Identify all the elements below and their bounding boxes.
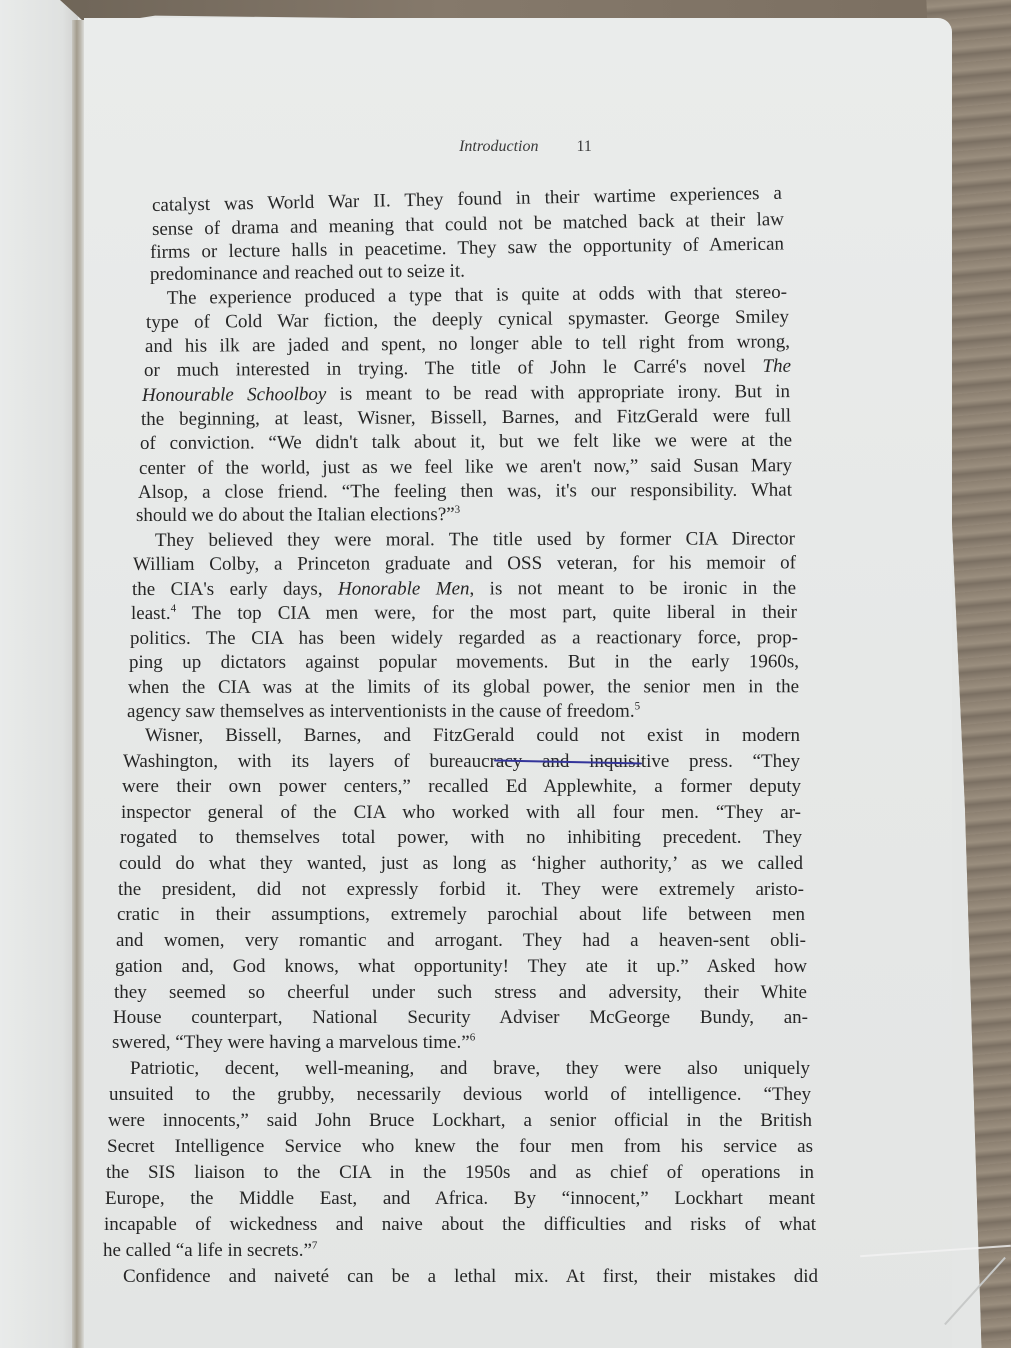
text-line: Alsop, a close friend. “The feeling then… — [138, 481, 792, 502]
text-line: gation and, God knows, what opportunity!… — [115, 957, 807, 976]
text-line: could do what they wanted, just as long … — [119, 854, 803, 873]
footnote-ref[interactable]: 6 — [470, 1032, 476, 1044]
text-line: Secret Intelligence Service who knew the… — [107, 1137, 813, 1156]
italic-title: Honourable Schoolboy — [142, 384, 326, 406]
text-line: he called “a life in secrets.”7 — [103, 1241, 817, 1260]
text-line: or much interested in trying. The title … — [144, 357, 791, 380]
footnote-ref[interactable]: 4 — [171, 603, 177, 615]
text-line: politics. The CIA has been widely regard… — [130, 628, 798, 648]
text-line: the beginning, at least, Wisner, Bissell… — [141, 406, 791, 429]
left-page-margin — [0, 0, 78, 1348]
book-gutter-edge — [72, 20, 84, 1348]
text-line: type of Cold War fiction, the deeply cyn… — [146, 308, 789, 332]
running-head: Introduction 11 — [0, 138, 1011, 156]
text-line: Washington, with its layers of bureaucra… — [123, 752, 800, 771]
text-line: Honourable Schoolboy is meant to be read… — [142, 382, 790, 405]
text-line: were innocents,” said John Bruce Lockhar… — [108, 1111, 812, 1130]
text-line: cratic in their assumptions, extremely p… — [117, 905, 805, 924]
text-line: least.4 The top CIA men were, for the mo… — [131, 603, 797, 623]
text-line: the SIS liaison to the CIA in the 1950s … — [106, 1163, 814, 1182]
text-line: of conviction. “We didn't talk about it,… — [140, 431, 792, 453]
text-line: should we do about the Italian elections… — [136, 504, 792, 525]
text-line: rogated to themselves total power, with … — [120, 828, 802, 847]
text-line: agency saw themselves as interventionist… — [127, 702, 799, 721]
footnote-ref[interactable]: 5 — [635, 700, 641, 712]
text-line: They believed they were moral. The title… — [135, 529, 795, 550]
footnote-ref[interactable]: 3 — [455, 504, 461, 516]
text-line: Patriotic, decent, well-meaning, and bra… — [110, 1059, 810, 1078]
text-line: they seemed so cheerful under such stres… — [114, 983, 807, 1002]
text-line: when the CIA was at the limits of its gl… — [128, 677, 799, 697]
text-line: the president, did not expressly forbid … — [118, 880, 804, 899]
text-line: Wisner, Bissell, Barnes, and FitzGerald … — [125, 726, 800, 745]
text-line: House counterpart, National Security Adv… — [113, 1008, 808, 1027]
text-line: Europe, the Middle East, and Africa. By … — [105, 1189, 815, 1208]
text-line: unsuited to the grubby, necessarily devi… — [109, 1085, 811, 1104]
text-line: Confidence and naiveté can be a lethal m… — [103, 1267, 818, 1286]
text-line: were their own power centers,” recalled … — [122, 777, 801, 796]
italic-title: Honorable Men — [338, 578, 470, 599]
text-line: and women, very romantic and arrogant. T… — [116, 931, 806, 950]
text-line: swered, “They were having a marvelous ti… — [112, 1033, 809, 1052]
page-number: 11 — [577, 138, 592, 155]
text-line: the CIA's early days, Honorable Men, is … — [132, 579, 796, 599]
footnote-ref[interactable]: 7 — [312, 1240, 318, 1252]
text-line: and his ilk are jaded and spent, no long… — [145, 332, 790, 356]
text-line: incapable of wickedness and naive about … — [104, 1215, 816, 1234]
text-line: ping up dictators against popular moveme… — [129, 652, 799, 672]
text-line: center of the world, just as we feel lik… — [139, 456, 792, 478]
running-head-title: Introduction — [459, 138, 538, 155]
text-line: inspector general of the CIA who worked … — [121, 803, 801, 822]
text-line: William Colby, a Princeton graduate and … — [133, 553, 796, 574]
